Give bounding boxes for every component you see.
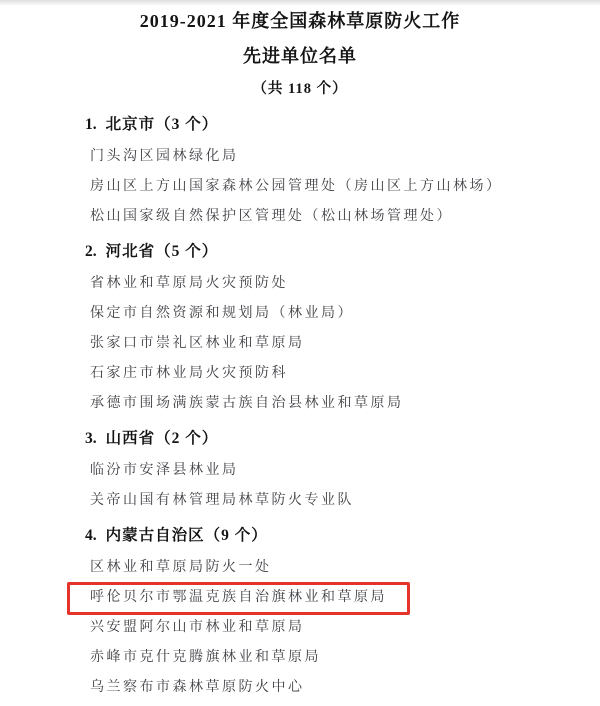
section-heading: 4.内蒙古自治区（9 个） [85, 526, 560, 546]
doc-title-line2: 先进单位名单 [0, 45, 600, 67]
province-section: 2.河北省（5 个）省林业和草原局火灾预防处保定市自然资源和规划局（林业局）张家… [90, 242, 560, 414]
section-list: 1.北京市（3 个）门头沟区园林绿化局房山区上方山国家森林公园管理处（房山区上方… [0, 115, 600, 698]
unit-item: 呼伦贝尔市鄂温克族自治旗林业和草原局 [90, 588, 560, 608]
section-title: 山西省（2 个） [106, 430, 219, 447]
unit-item: 松山国家级自然保护区管理处（松山林场管理处） [90, 207, 560, 227]
unit-item: 赤峰市克什克腾旗林业和草原局 [90, 648, 560, 668]
section-number: 3. [85, 430, 97, 447]
unit-item: 兴安盟阿尔山市林业和草原局 [90, 618, 560, 638]
province-section: 1.北京市（3 个）门头沟区园林绿化局房山区上方山国家森林公园管理处（房山区上方… [90, 115, 560, 227]
unit-item: 区林业和草原局防火一处 [90, 558, 560, 578]
unit-item: 省林业和草原局火灾预防处 [90, 274, 560, 294]
section-heading: 1.北京市（3 个） [85, 115, 560, 135]
unit-item: 张家口市崇礼区林业和草原局 [90, 334, 560, 354]
province-section: 4.内蒙古自治区（9 个）区林业和草原局防火一处呼伦贝尔市鄂温克族自治旗林业和草… [90, 526, 560, 698]
unit-item: 保定市自然资源和规划局（林业局） [90, 304, 560, 324]
unit-item: 门头沟区园林绿化局 [90, 147, 560, 167]
unit-item: 关帝山国有林管理局林草防火专业队 [90, 491, 560, 511]
section-title: 北京市（3 个） [106, 116, 219, 133]
section-number: 2. [85, 243, 97, 260]
section-title: 内蒙古自治区（9 个） [106, 527, 268, 544]
unit-item: 乌兰察布市森林草原防火中心 [90, 678, 560, 698]
unit-item: 临汾市安泽县林业局 [90, 461, 560, 481]
section-heading: 2.河北省（5 个） [85, 242, 560, 262]
page: 2019-2021 年度全国森林草原防火工作 先进单位名单 （共 118 个） … [0, 0, 600, 698]
province-section: 3.山西省（2 个）临汾市安泽县林业局关帝山国有林管理局林草防火专业队 [90, 429, 560, 511]
doc-title-line1: 2019-2021 年度全国森林草原防火工作 [0, 10, 600, 32]
highlight-box: 呼伦贝尔市鄂温克族自治旗林业和草原局 [67, 582, 410, 615]
unit-item: 承德市围场满族蒙古族自治县林业和草原局 [90, 394, 560, 414]
unit-item: 房山区上方山国家森林公园管理处（房山区上方山林场） [90, 177, 560, 197]
unit-item: 石家庄市林业局火灾预防科 [90, 364, 560, 384]
section-heading: 3.山西省（2 个） [85, 429, 560, 449]
section-title: 河北省（5 个） [106, 243, 219, 260]
document-header: 2019-2021 年度全国森林草原防火工作 先进单位名单 （共 118 个） [0, 0, 600, 98]
section-number: 1. [85, 116, 97, 133]
section-number: 4. [85, 527, 97, 544]
doc-subtitle: （共 118 个） [0, 80, 600, 98]
